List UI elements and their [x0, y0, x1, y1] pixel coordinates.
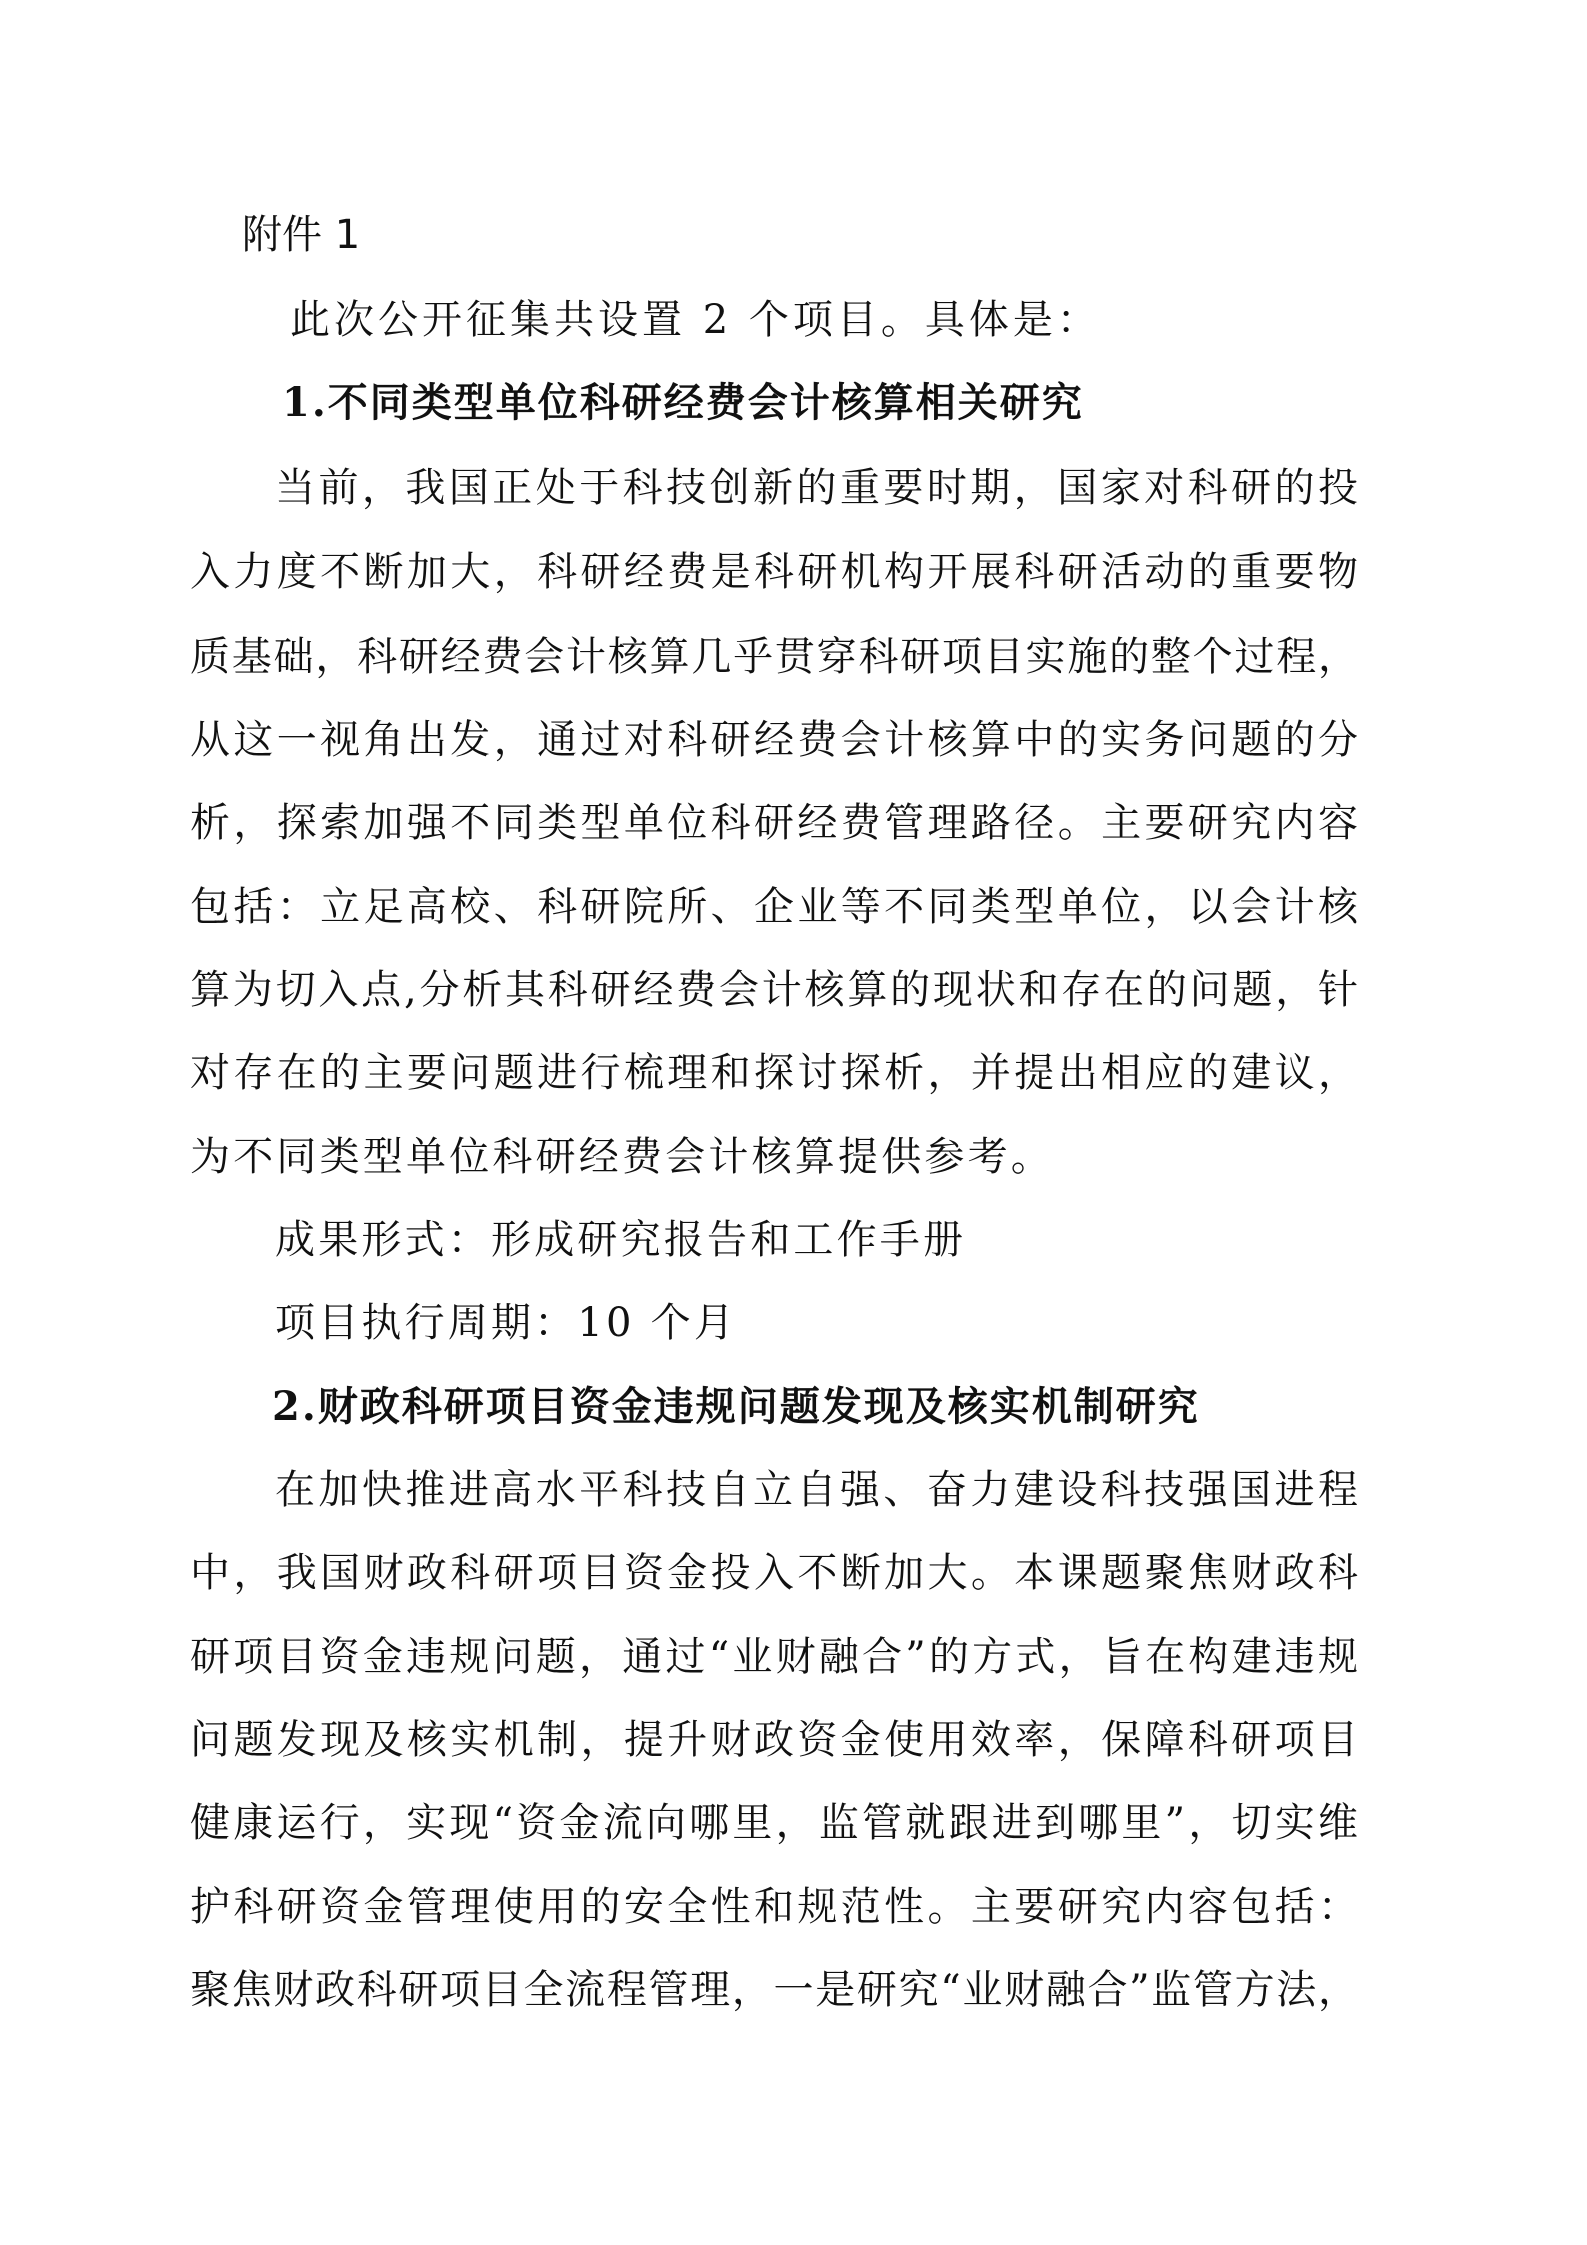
project-2-paragraph-line: 研项目资金违规问题，通过“业财融合”的方式，旨在构建违规 [190, 1632, 1358, 1682]
project-1-paragraph-line: 对存在的主要问题进行梳理和探讨探析，并提出相应的建议， [190, 1048, 1358, 1098]
project-1-deliverable: 成果形式：形成研究报告和工作手册 [275, 1215, 966, 1265]
project-2-paragraph-line: 问题发现及核实机制，提升财政资金使用效率，保障科研项目 [190, 1715, 1358, 1765]
project-1-paragraph-line: 当前，我国正处于科技创新的重要时期，国家对科研的投 [275, 463, 1358, 513]
project-2-paragraph-line: 健康运行，实现“资金流向哪里，监管就跟进到哪里”，切实维 [190, 1798, 1358, 1848]
project-2-title: 2.财政科研项目资金违规问题发现及核实机制研究 [272, 1382, 1200, 1432]
project-1-title: 1.不同类型单位科研经费会计核算相关研究 [282, 378, 1084, 428]
project-2-paragraph-line: 护科研资金管理使用的安全性和规范性。主要研究内容包括： [190, 1882, 1358, 1932]
intro-text: 此次公开征集共设置 2 个项目。具体是： [290, 295, 1101, 345]
project-2-paragraph-line: 聚焦财政科研项目全流程管理，一是研究“业财融合”监管方法， [190, 1965, 1358, 2015]
project-1-paragraph-line: 析，探索加强不同类型单位科研经费管理路径。主要研究内容 [190, 798, 1358, 848]
project-1-paragraph-line: 为不同类型单位科研经费会计核算提供参考。 [190, 1132, 1054, 1182]
project-1-paragraph-line: 算为切入点,分析其科研经费会计核算的现状和存在的问题，针 [190, 965, 1358, 1015]
project-1-duration: 项目执行周期：10 个月 [275, 1298, 737, 1348]
document-page: 附件 1 此次公开征集共设置 2 个项目。具体是： 1.不同类型单位科研经费会计… [0, 0, 1587, 2245]
project-2-paragraph-line: 中，我国财政科研项目资金投入不断加大。本课题聚焦财政科 [190, 1548, 1358, 1598]
project-1-paragraph-line: 入力度不断加大，科研经费是科研机构开展科研活动的重要物 [190, 547, 1358, 597]
project-2-paragraph-line: 在加快推进高水平科技自立自强、奋力建设科技强国进程 [275, 1465, 1358, 1515]
attachment-label: 附件 1 [242, 210, 360, 260]
project-1-paragraph-line: 从这一视角出发，通过对科研经费会计核算中的实务问题的分 [190, 715, 1358, 765]
project-1-paragraph-line: 质基础，科研经费会计核算几乎贯穿科研项目实施的整个过程， [190, 632, 1358, 682]
project-1-paragraph-line: 包括：立足高校、科研院所、企业等不同类型单位，以会计核 [190, 882, 1358, 932]
